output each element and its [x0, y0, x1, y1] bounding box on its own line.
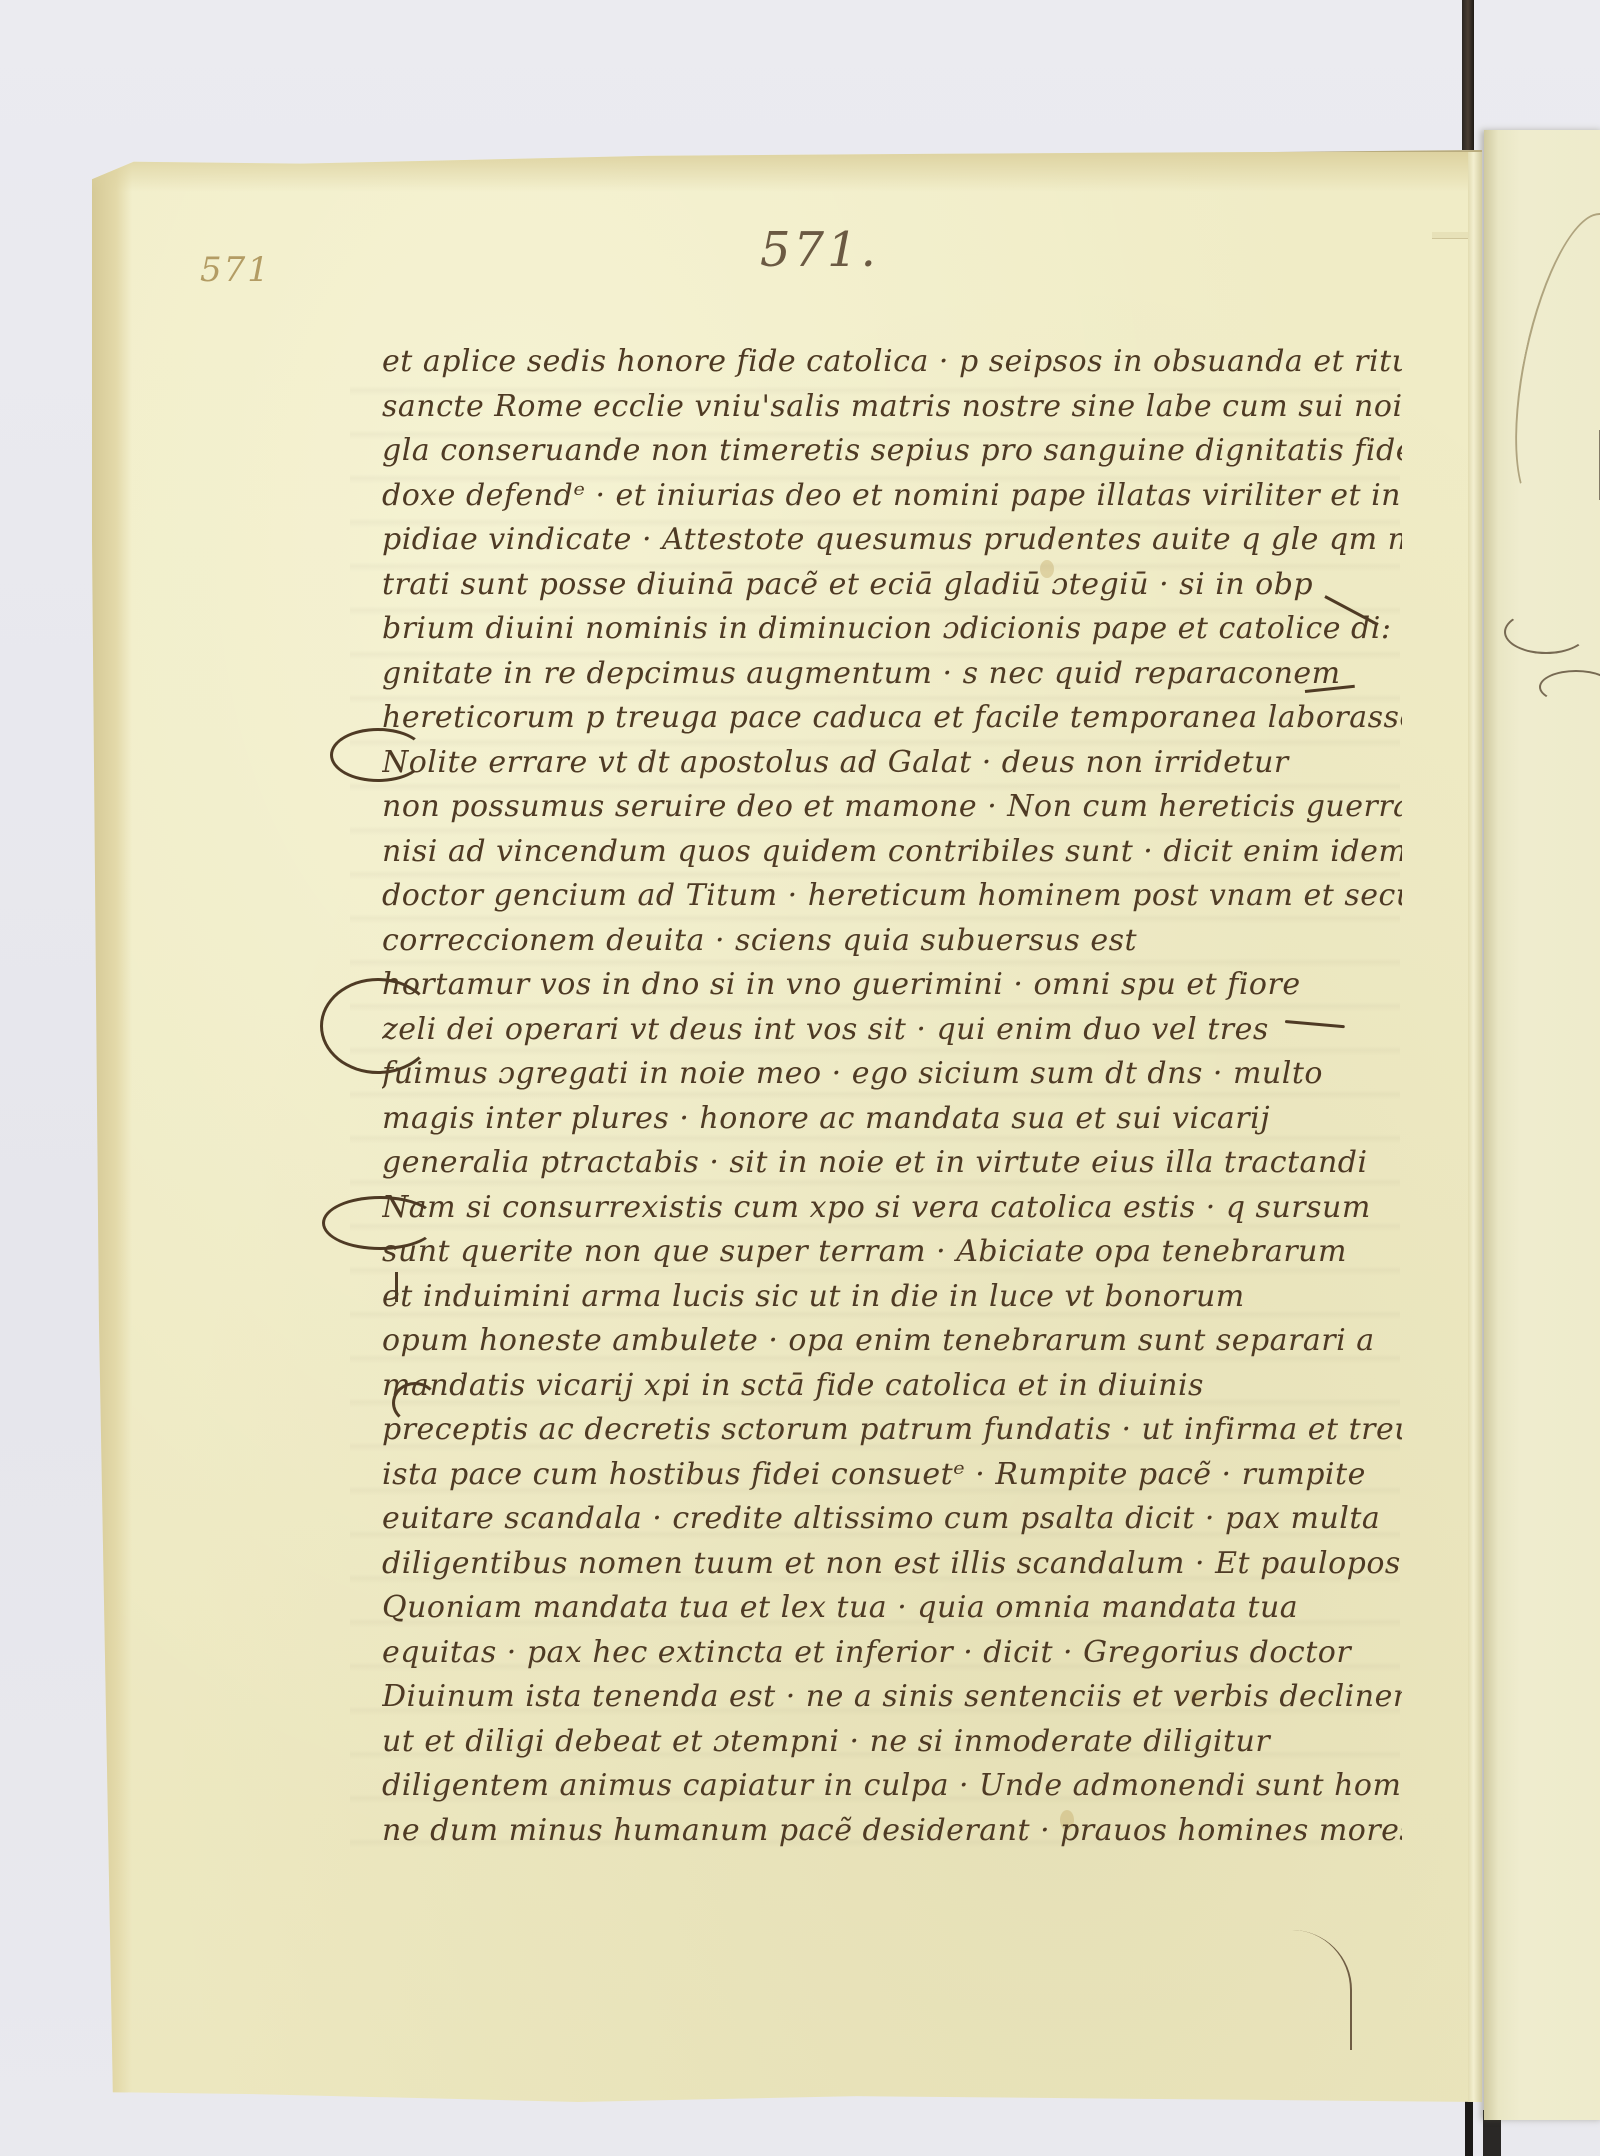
text-line: nisi ad vincendum quos quidem contribile… — [382, 830, 1402, 875]
text-line: euitare scandala · credite altissimo cum… — [382, 1497, 1402, 1542]
facing-page-flourish — [1539, 670, 1600, 704]
facing-page-flourish — [1504, 610, 1588, 654]
text-line: brium diuini nominis in diminucion ɔdici… — [382, 607, 1402, 652]
text-line: mandatis vicarij xpi in sctā fide catoli… — [382, 1364, 1402, 1409]
text-line: opum honeste ambulete · opa enim tenebra… — [382, 1319, 1402, 1364]
text-line: Quoniam mandata tua et lex tua · quia om… — [382, 1586, 1402, 1631]
text-line: magis inter plures · honore ac mandata s… — [382, 1097, 1402, 1142]
text-line: fuimus ɔgregati in noie meo · ego sicium… — [382, 1052, 1402, 1097]
text-line: trati sunt posse diuinā pacẽ et eciā gla… — [382, 563, 1402, 608]
text-line: Nam si consurrexistis cum xpo si vera ca… — [382, 1186, 1402, 1231]
text-line: hortamur vos in dno si in vno guerimini … — [382, 963, 1402, 1008]
text-line: Diuinum ista tenenda est · ne a sinis se… — [382, 1675, 1402, 1720]
text-line: diligentem animus capiatur in culpa · Un… — [382, 1764, 1402, 1809]
text-line: doctor gencium ad Titum · hereticum homi… — [382, 874, 1402, 919]
text-line: non possumus seruire deo et mamone · Non… — [382, 785, 1402, 830]
text-line: ista pace cum hostibus fidei consuetᵉ · … — [382, 1453, 1402, 1498]
manuscript-text-block: et aplice sedis honore fide catolica · p… — [382, 340, 1402, 1853]
page-tear — [1432, 232, 1468, 239]
folio-number-top: 571. — [760, 222, 879, 278]
facing-page-flourish — [1493, 204, 1600, 521]
text-line: pidiae vindicate · Attestote quesumus pr… — [382, 518, 1402, 563]
text-line: diligentibus nomen tuum et non est illis… — [382, 1542, 1402, 1587]
text-line: preceptis ac decretis sctorum patrum fun… — [382, 1408, 1402, 1453]
text-line: Nolite errare vt dt apostolus ad Galat ·… — [382, 741, 1402, 786]
text-line: gla conseruande non timeretis sepius pro… — [382, 429, 1402, 474]
text-line: ut et diligi debeat et ɔtempni · ne si i… — [382, 1720, 1402, 1765]
text-line: correccionem deuita · sciens quia subuer… — [382, 919, 1402, 964]
facing-page — [1484, 130, 1600, 2120]
text-line: ne dum minus humanum pacẽ desiderant · p… — [382, 1809, 1402, 1854]
text-line: generalia ptractabis · sit in noie et in… — [382, 1141, 1402, 1186]
text-line: zeli dei operari vt deus int vos sit · q… — [382, 1008, 1402, 1053]
text-line: gnitate in re depcimus augmentum · s nec… — [382, 652, 1402, 697]
folio-number-margin: 571 — [200, 250, 271, 290]
text-line: sunt querite non que super terram · Abic… — [382, 1230, 1402, 1275]
text-line: sancte Rome ecclie vniu'salis matris nos… — [382, 385, 1402, 430]
page-gutter — [1468, 152, 1482, 2102]
binding-strip-lower — [1465, 2098, 1473, 2156]
text-line: doxe defendᵉ · et iniurias deo et nomini… — [382, 474, 1402, 519]
text-line: et induimini arma lucis sic ut in die in… — [382, 1275, 1402, 1320]
text-line: et aplice sedis honore fide catolica · p… — [382, 340, 1402, 385]
text-line: equitas · pax hec extincta et inferior ·… — [382, 1631, 1402, 1676]
text-line: hereticorum p treuga pace caduca et faci… — [382, 696, 1402, 741]
binding-strip — [1462, 0, 1474, 150]
